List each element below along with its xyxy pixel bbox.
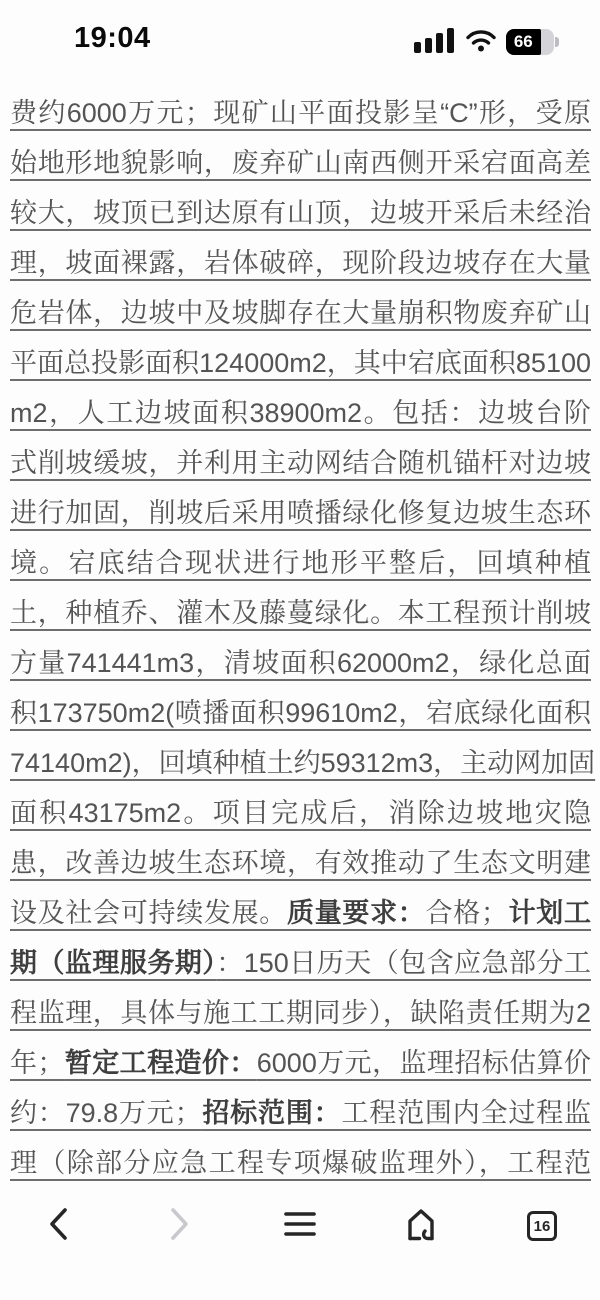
- text-line: 始地形地貌影响，废弃矿山南西侧开采宕面高差: [10, 138, 591, 188]
- text-line: m2，人工边坡面积38900m2。包括：边坡台阶: [10, 388, 591, 438]
- status-bar: 19:04 66: [0, 0, 600, 80]
- text-line: 境。宕底结合现状进行地形平整后，回填种植: [10, 538, 591, 588]
- text-line: 约：79.8万元；招标范围：工程范围内全过程监: [10, 1088, 591, 1138]
- tabs-button[interactable]: 16: [524, 1208, 560, 1244]
- text-line: 进行加固，削坡后采用喷播绿化修复边坡生态环: [10, 488, 591, 538]
- browser-toolbar: 16: [0, 1188, 600, 1264]
- forward-button[interactable]: [161, 1208, 197, 1244]
- text-line: 积173750m2(喷播面积99610m2，宕底绿化面积: [10, 688, 591, 738]
- chevron-left-icon: [48, 1207, 69, 1246]
- text-line: 74140m2)，回填种植土约59312m3，主动网加固: [10, 738, 591, 788]
- text-line: 危岩体，边坡中及坡脚存在大量崩积物废弃矿山: [10, 288, 591, 338]
- text-line: 费约6000万元；现矿山平面投影呈“C”形，受原: [10, 88, 591, 138]
- home-button[interactable]: [403, 1208, 439, 1244]
- signal-strength-icon: [414, 26, 456, 58]
- text-line: 患，改善边坡生态环境，有效推动了生态文明建: [10, 838, 591, 888]
- text-line: 土，种植乔、灌木及藤蔓绿化。本工程预计削坡: [10, 588, 591, 638]
- text-line: 平面总投影面积124000m2，其中宕底面积85100: [10, 338, 591, 388]
- chevron-right-icon: [169, 1207, 190, 1246]
- menu-button[interactable]: [282, 1208, 318, 1244]
- text-line: 程监理，具体与施工工期同步），缺陷责任期为2: [10, 988, 591, 1038]
- wifi-icon: [465, 28, 497, 57]
- tab-count: 16: [534, 1219, 551, 1234]
- text-line: 年；暂定工程造价：6000万元，监理招标估算价: [10, 1038, 591, 1088]
- menu-icon: [284, 1211, 316, 1242]
- text-line: 较大，坡顶已到达原有山顶，边坡开采后未经治: [10, 188, 591, 238]
- battery-icon: 66: [506, 29, 554, 55]
- text-line: 方量741441m3，清坡面积62000m2，绿化总面: [10, 638, 591, 688]
- home-icon: [403, 1207, 439, 1246]
- back-button[interactable]: [40, 1208, 76, 1244]
- text-line: 设及社会可持续发展。质量要求：合格；计划工: [10, 888, 591, 938]
- text-line: 理，坡面裸露，岩体破碎，现阶段边坡存在大量: [10, 238, 591, 288]
- article-text[interactable]: 费约6000万元；现矿山平面投影呈“C”形，受原始地形地貌影响，废弃矿山南西侧开…: [0, 80, 600, 1188]
- text-line: 期（监理服务期）：150日历天（包含应急部分工: [10, 938, 591, 988]
- text-line: 面积43175m2。项目完成后，消除边坡地灾隐: [10, 788, 591, 838]
- battery-fill: 66: [506, 29, 541, 55]
- clock: 19:04: [74, 22, 151, 55]
- text-line: 理（除部分应急工程专项爆破监理外），工程范: [10, 1138, 591, 1188]
- status-icons: 66: [414, 26, 554, 58]
- battery-percentage: 66: [514, 32, 533, 52]
- text-line: 式削坡缓坡，并利用主动网结合随机锚杆对边坡: [10, 438, 591, 488]
- battery-nub: [555, 37, 559, 47]
- tabs-icon: 16: [527, 1211, 557, 1241]
